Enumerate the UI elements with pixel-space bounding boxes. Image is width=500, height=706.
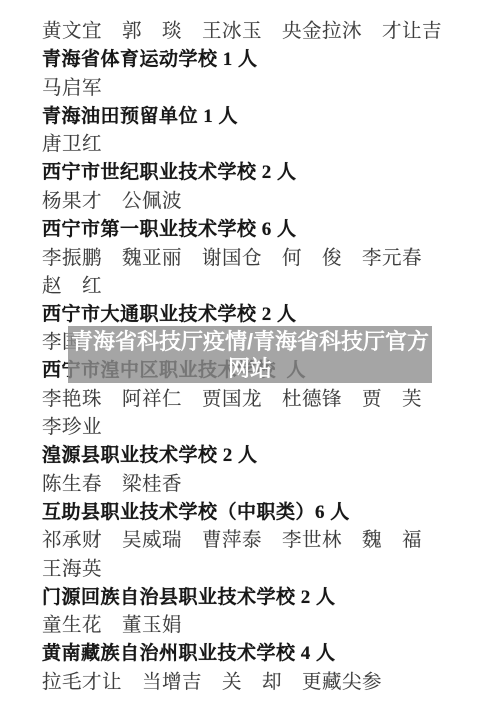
- names-line: 王海英: [42, 553, 472, 581]
- school-heading: 黄南藏族自治州职业技术学校 4 人: [42, 638, 472, 666]
- names-line: 陈生春 梁桂香: [42, 468, 472, 496]
- school-heading: 西宁市第一职业技术学校 6 人: [42, 213, 472, 241]
- school-heading: 青海省体育运动学校 1 人: [42, 43, 472, 71]
- names-line: 拉毛才让 当增吉 关 却 更藏尖参: [42, 666, 472, 694]
- school-heading: 互助县职业技术学校（中职类）6 人: [42, 496, 472, 524]
- names-line: 李珍业: [42, 411, 472, 439]
- names-line: 杨果才 公佩波: [42, 185, 472, 213]
- watermark-overlay: 青海省科技厅疫情/青海省科技厅官方网站: [68, 326, 432, 383]
- school-heading: 青海油田预留单位 1 人: [42, 100, 472, 128]
- names-line: 李艳珠 阿祥仁 贾国龙 杜德锋 贾 芙: [42, 383, 472, 411]
- names-line: 赵 红: [42, 270, 472, 298]
- names-line: 童生花 董玉娟: [42, 609, 472, 637]
- names-line: 李振鹏 魏亚丽 谢国仓 何 俊 李元春: [42, 241, 472, 269]
- names-line: 马启军: [42, 72, 472, 100]
- watermark-title: 青海省科技厅疫情/青海省科技厅官方网站: [68, 328, 432, 382]
- school-heading: 西宁市世纪职业技术学校 2 人: [42, 156, 472, 184]
- names-line: 唐卫红: [42, 128, 472, 156]
- scanned-document-page: 黄文宜 郭 琰 王冰玉 央金拉沐 才让吉青海省体育运动学校 1 人马启军青海油田…: [0, 0, 500, 706]
- names-line: 祁承财 吴威瑞 曹萍泰 李世林 魏 福: [42, 524, 472, 552]
- school-heading: 门源回族自治县职业技术学校 2 人: [42, 581, 472, 609]
- school-heading: 湟源县职业技术学校 2 人: [42, 439, 472, 467]
- school-heading: 西宁市大通职业技术学校 2 人: [42, 298, 472, 326]
- names-line: 黄文宜 郭 琰 王冰玉 央金拉沐 才让吉: [42, 15, 472, 43]
